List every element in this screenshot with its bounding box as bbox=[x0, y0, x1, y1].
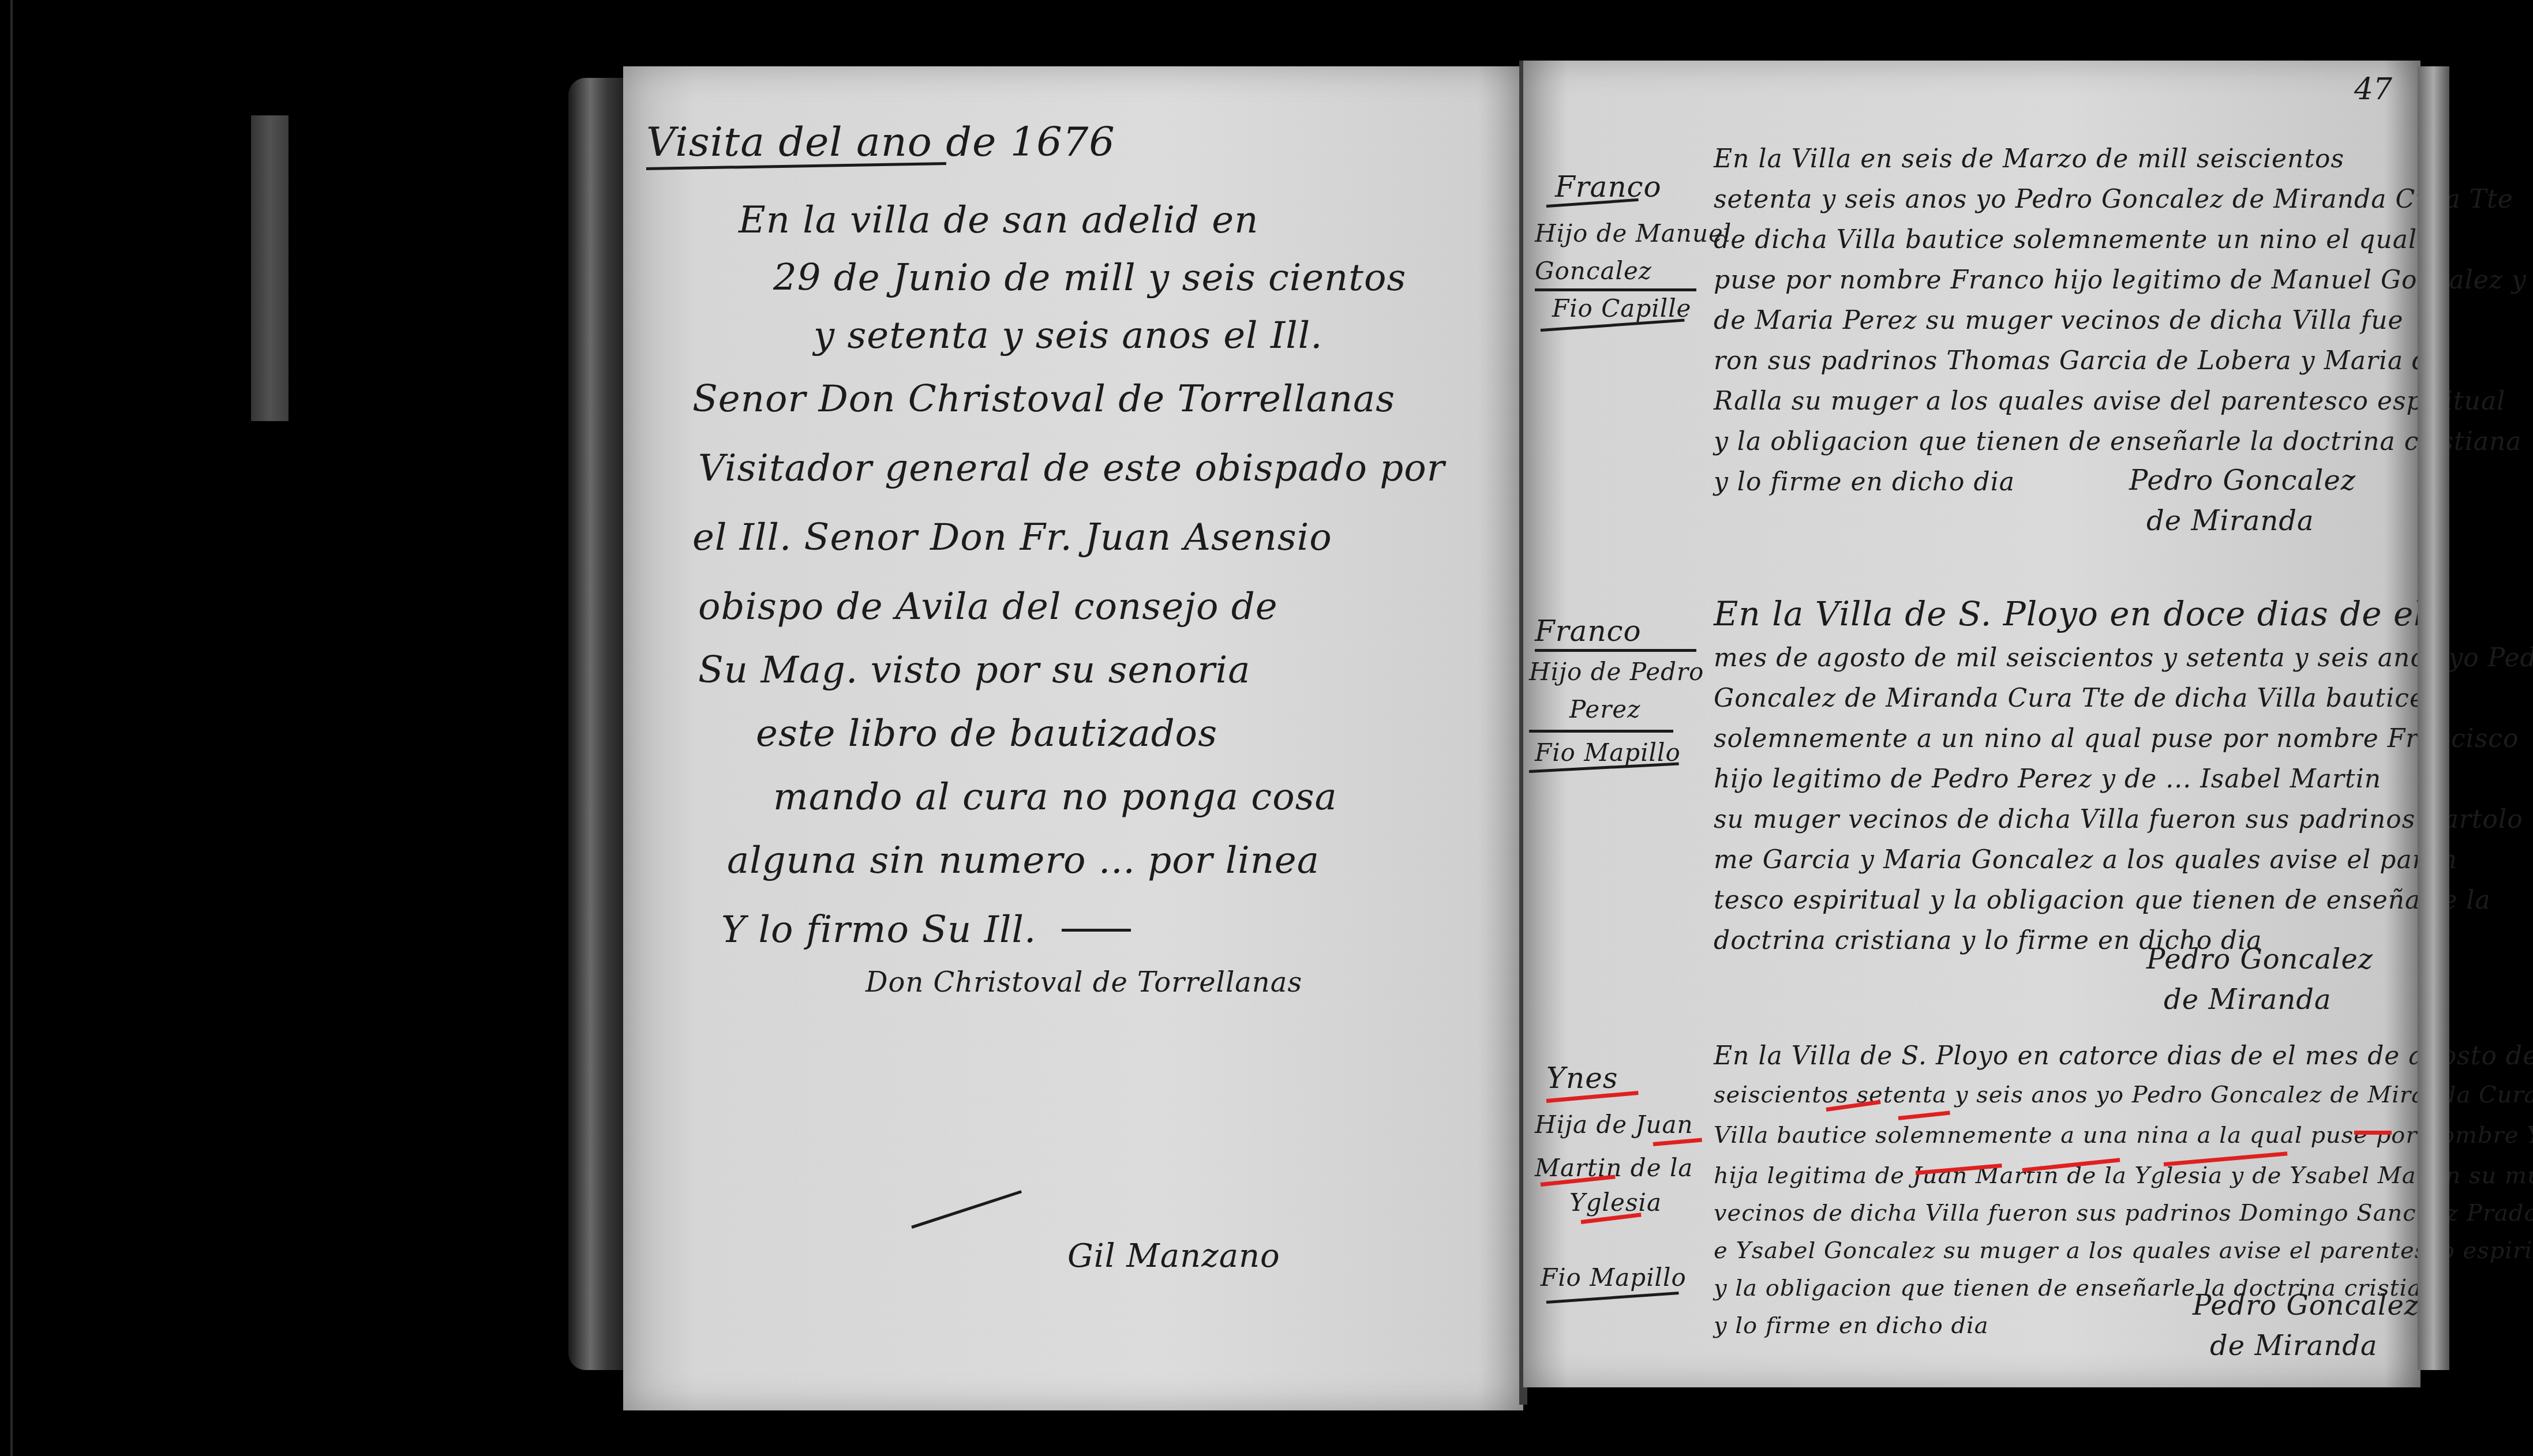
entry-line: En la Villa en seis de Marzo de mill sei… bbox=[1714, 144, 2344, 174]
priest-signature: de Miranda bbox=[2164, 984, 2332, 1016]
red-annotation-underline bbox=[1653, 1138, 1702, 1146]
scan-calibration-strip bbox=[251, 115, 288, 421]
left-line: el Ill. Senor Don Fr. Juan Asensio bbox=[692, 516, 1332, 559]
left-line: Senor Don Christoval de Torrellanas bbox=[692, 378, 1395, 421]
entry-line: mes de agosto de mil seiscientos y seten… bbox=[1714, 643, 2533, 673]
left-page: Visita del ano de 1676 En la villa de sa… bbox=[623, 66, 1523, 1410]
priest-signature: de Miranda bbox=[2146, 505, 2314, 537]
folio-number: 47 bbox=[2354, 72, 2392, 107]
left-line: alguna sin numero ... por linea bbox=[727, 839, 1320, 882]
left-line: Su Mag. visto por su senoria bbox=[698, 649, 1250, 692]
entry-line: su muger vecinos de dicha Villa fueron s… bbox=[1714, 805, 2523, 834]
margin-name: Ynes bbox=[1546, 1061, 1618, 1095]
priest-signature: de Miranda bbox=[2210, 1330, 2378, 1362]
margin-godparent-note: Fio Mapillo bbox=[1535, 738, 1681, 767]
margin-rule bbox=[1546, 1292, 1679, 1304]
entry-line: y lo firme en dicho dia bbox=[1714, 1312, 1989, 1339]
right-page: 47 Franco Hijo de Manuel Goncalez Fio Ca… bbox=[1523, 61, 2420, 1387]
entry-line: de dicha Villa bautice solemnemente un n… bbox=[1714, 225, 2417, 254]
signature-flourish bbox=[911, 1190, 1022, 1229]
priest-signature: Pedro Goncalez bbox=[2193, 1289, 2419, 1322]
margin-parent: Hija de Juan bbox=[1535, 1110, 1693, 1139]
margin-parent: Hijo de Manuel bbox=[1535, 219, 1732, 247]
priest-signature: Pedro Goncalez bbox=[2146, 943, 2373, 975]
red-annotation-underline bbox=[2354, 1131, 2392, 1135]
margin-surname: Goncalez bbox=[1535, 257, 1652, 285]
book-spine bbox=[568, 78, 623, 1370]
red-annotation-underline bbox=[1898, 1111, 1950, 1120]
left-line: Visitador general de este obispado por bbox=[698, 447, 1445, 490]
entry-line: ron sus padrinos Thomas Garcia de Lobera… bbox=[1714, 346, 2444, 376]
margin-name: Franco bbox=[1555, 170, 1662, 204]
entry-line: puse por nombre Franco hijo legitimo de … bbox=[1714, 265, 2527, 295]
margin-church: Yglesia bbox=[1569, 1188, 1662, 1217]
entry-line: vecinos de dicha Villa fueron sus padrin… bbox=[1714, 1200, 2533, 1226]
page-edges bbox=[2418, 66, 2449, 1370]
entry-line: e Ysabel Goncalez su muger a los quales … bbox=[1714, 1237, 2533, 1264]
left-line: mando al cura no ponga cosa bbox=[773, 776, 1337, 819]
left-line: obispo de Avila del consejo de bbox=[698, 586, 1278, 628]
entry-line: solemnemente a un nino al qual puse por … bbox=[1714, 724, 2519, 753]
margin-rule bbox=[1529, 730, 1673, 733]
entry-line: me Garcia y Maria Goncalez a los quales … bbox=[1714, 845, 2457, 875]
entry-line: En la Villa de S. Ployo en catorce dias … bbox=[1714, 1041, 2533, 1071]
entry-line: y la obligacion que tienen de enseñarle … bbox=[1714, 427, 2522, 456]
entry-line: y lo firme en dicho dia bbox=[1714, 467, 2015, 497]
entry-line: Goncalez de Miranda Cura Tte de dicha Vi… bbox=[1714, 684, 2425, 713]
book-spread: Visita del ano de 1676 En la villa de sa… bbox=[568, 55, 2449, 1410]
film-edge bbox=[10, 0, 13, 1456]
entry-line: hijo legitimo de Pedro Perez y de ... Is… bbox=[1714, 764, 2381, 794]
entry-line: setenta y seis anos yo Pedro Goncalez de… bbox=[1714, 185, 2513, 214]
visitor-signature: Don Christoval de Torrellanas bbox=[865, 966, 1302, 999]
entry-line: hija legitima de Juan Martin de la Ygles… bbox=[1714, 1162, 2533, 1189]
priest-signature: Pedro Goncalez bbox=[2129, 464, 2356, 497]
entry-line: tesco espiritual y la obligacion que tie… bbox=[1714, 885, 2491, 915]
margin-rule bbox=[1535, 649, 1696, 652]
entry-line: En la Villa de S. Ployo en doce dias de … bbox=[1714, 594, 2425, 633]
left-line: y setenta y seis anos el Ill. bbox=[814, 314, 1322, 357]
left-line: En la villa de san adelid en bbox=[739, 199, 1258, 242]
entry-line: Ralla su muger a los quales avise del pa… bbox=[1714, 386, 2505, 416]
notary-signature: Gil Manzano bbox=[1067, 1237, 1280, 1275]
entry-line: Villa bautice solemnemente a una nina a … bbox=[1714, 1122, 2533, 1149]
left-page-heading: Visita del ano de 1676 bbox=[646, 118, 1115, 166]
margin-name: Franco bbox=[1535, 614, 1642, 648]
entry-line: seiscientos setenta y seis anos yo Pedro… bbox=[1714, 1082, 2533, 1108]
left-line: este libro de bautizados bbox=[756, 712, 1217, 755]
margin-rule bbox=[1535, 288, 1696, 291]
margin-godparent-note: Fio Capille bbox=[1552, 294, 1691, 322]
left-line: 29 de Junio de mill y seis cientos bbox=[773, 257, 1406, 299]
margin-godparent-note: Fio Mapillo bbox=[1541, 1263, 1687, 1292]
flourish-line bbox=[1062, 929, 1131, 932]
entry-line: de Maria Perez su muger vecinos de dicha… bbox=[1714, 306, 2404, 335]
left-line: Y lo firmo Su Ill. bbox=[721, 909, 1036, 951]
margin-parent: Hijo de Pedro bbox=[1529, 658, 1704, 686]
margin-surname: Perez bbox=[1569, 695, 1640, 723]
